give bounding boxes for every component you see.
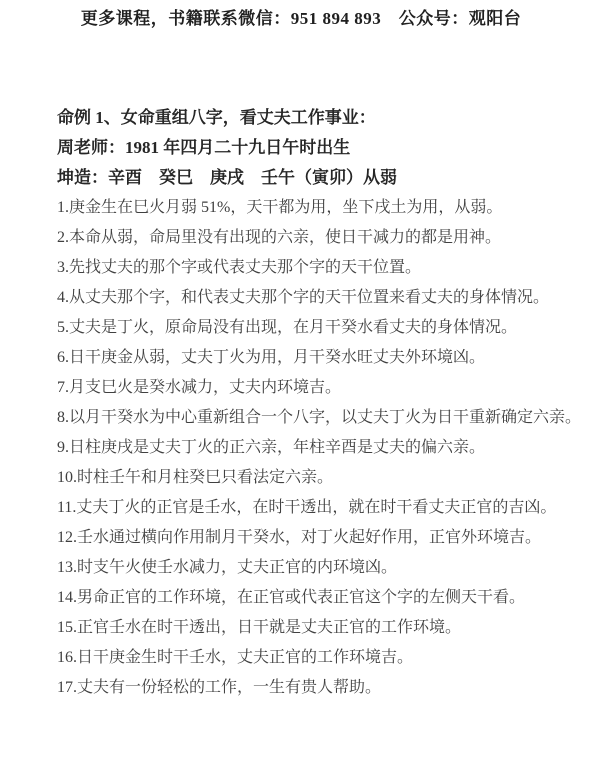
analysis-item-1: 1.庚金生在巳火月弱 51%，天干都为用，坐下戌土为用，从弱。 <box>57 193 567 223</box>
analysis-item-10: 10.时柱壬午和月柱癸巳只看法定六亲。 <box>57 463 567 493</box>
analysis-item-6: 6.日干庚金从弱，丈夫丁火为用，月干癸水旺丈夫外环境凶。 <box>57 343 567 373</box>
analysis-item-11: 11.丈夫丁火的正官是壬水，在时干透出，就在时干看丈夫正官的吉凶。 <box>57 493 567 523</box>
case-title-line: 命例 1、女命重组八字，看丈夫工作事业： <box>57 103 567 133</box>
analysis-item-2: 2.本命从弱，命局里没有出现的六亲，使日干减力的都是用神。 <box>57 223 567 253</box>
analysis-item-17: 17.丈夫有一份轻松的工作，一生有贵人帮助。 <box>57 673 567 703</box>
analysis-item-12: 12.壬水通过横向作用制月干癸水，对丁火起好作用，正官外环境吉。 <box>57 523 567 553</box>
analysis-item-14: 14.男命正官的工作环境，在正官或代表正官这个字的左侧天干看。 <box>57 583 567 613</box>
analysis-item-13: 13.时支午火使壬水减力，丈夫正官的内环境凶。 <box>57 553 567 583</box>
analysis-item-16: 16.日干庚金生时干壬水，丈夫正官的工作环境吉。 <box>57 643 567 673</box>
analysis-item-9: 9.日柱庚戌是丈夫丁火的正六亲，年柱辛酉是丈夫的偏六亲。 <box>57 433 567 463</box>
document-body: 命例 1、女命重组八字，看丈夫工作事业： 周老师：1981 年四月二十九日午时出… <box>57 103 567 703</box>
bazi-chart-line: 坤造：辛酉 癸巳 庚戌 壬午（寅卯）从弱 <box>57 163 567 193</box>
document-page: 更多课程，书籍联系微信：951 894 893 公众号：观阳台 命例 1、女命重… <box>0 0 602 768</box>
analysis-item-7: 7.月支巳火是癸水减力，丈夫内环境吉。 <box>57 373 567 403</box>
analysis-item-8: 8.以月干癸水为中心重新组合一个八字，以丈夫丁火为日干重新确定六亲。 <box>57 403 567 433</box>
analysis-item-4: 4.从丈夫那个字，和代表丈夫那个字的天干位置来看丈夫的身体情况。 <box>57 283 567 313</box>
analysis-item-3: 3.先找丈夫的那个字或代表丈夫那个字的天干位置。 <box>57 253 567 283</box>
analysis-item-15: 15.正官壬水在时干透出，日干就是丈夫正官的工作环境。 <box>57 613 567 643</box>
birth-info-line: 周老师：1981 年四月二十九日午时出生 <box>57 133 567 163</box>
analysis-item-5: 5.丈夫是丁火，原命局没有出现，在月干癸水看丈夫的身体情况。 <box>57 313 567 343</box>
contact-header: 更多课程，书籍联系微信：951 894 893 公众号：观阳台 <box>0 4 602 29</box>
